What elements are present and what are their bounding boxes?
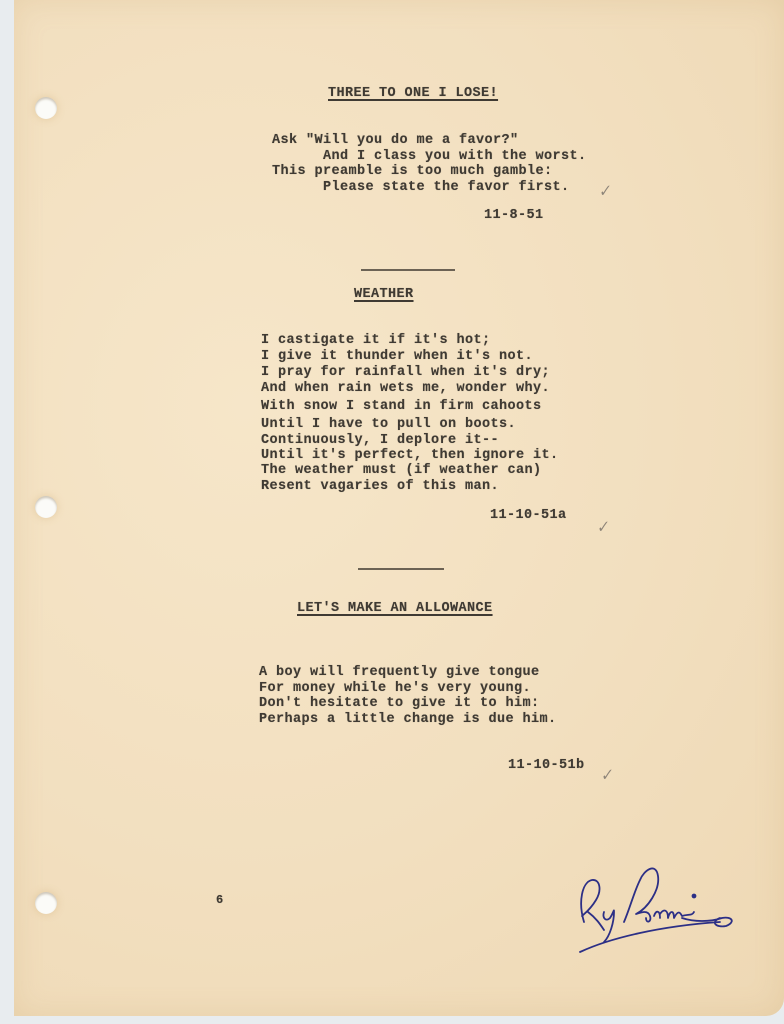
poem-line: And when rain wets me, wonder why. [261,381,550,397]
punch-hole-top [35,97,57,119]
poem-line: Please state the favor first. [272,180,570,196]
section-divider [361,269,455,271]
poem-date: 11-8-51 [484,208,544,224]
poem-line: Continuously, I deplore it-- [261,433,499,449]
poem-line: Perhaps a little change is due him. [259,712,557,728]
poem-title: LET'S MAKE AN ALLOWANCE [297,601,493,617]
poem-line: This preamble is too much gamble: [272,164,553,180]
poem-line: I give it thunder when it's not. [261,349,533,365]
poem-line: A boy will frequently give tongue [259,665,540,681]
section-divider [358,568,444,570]
poem-line: Until I have to pull on boots. [261,417,516,433]
poem-line: Ask "Will you do me a favor?" [272,133,519,149]
poem-date: 11-10-51b [508,758,585,774]
punch-hole-bottom [35,892,57,914]
poem-date: 11-10-51a [490,508,567,524]
poem-line: The weather must (if weather can) [261,463,542,479]
check-mark-icon: ✓ [599,765,615,785]
poem-line: For money while he's very young. [259,681,531,697]
poem-title: THREE TO ONE I LOSE! [328,86,498,102]
poem-line: I pray for rainfall when it's dry; [261,365,550,381]
page-number: 6 [216,893,224,909]
signature-image [570,852,740,962]
poem-line: I castigate it if it's hot; [261,333,491,349]
poem-line: And I class you with the worst. [272,149,587,165]
poem-line: Don't hesitate to give it to him: [259,696,540,712]
punch-hole-middle [35,496,57,518]
check-mark-icon: ✓ [597,181,613,201]
poem-line: Until it's perfect, then ignore it. [261,448,559,464]
poem-line: Resent vagaries of this man. [261,479,499,495]
poem-title: WEATHER [354,287,414,303]
poem-line: With snow I stand in firm cahoots [261,399,542,415]
check-mark-icon: ✓ [595,517,611,537]
